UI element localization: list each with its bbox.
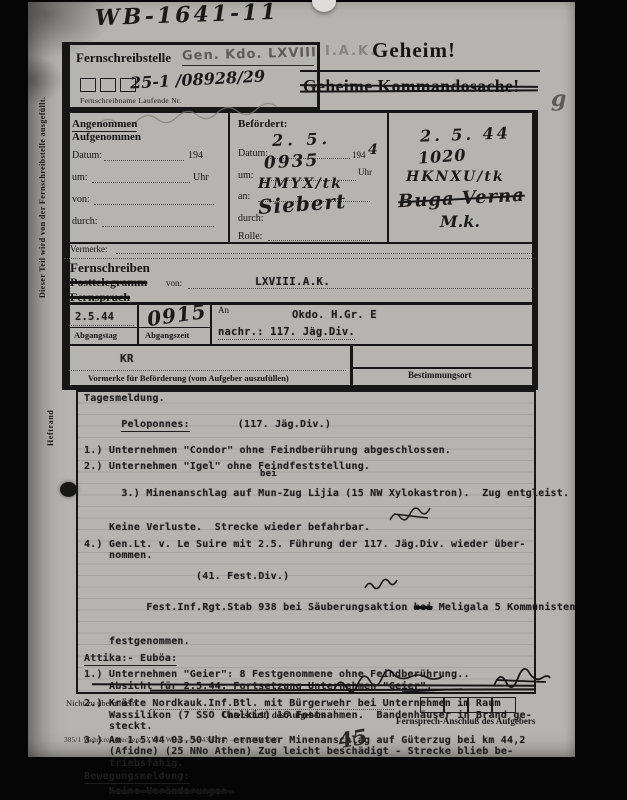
- von-label: von:: [166, 278, 182, 288]
- um-label: um:: [238, 170, 254, 181]
- cell-divider: [137, 303, 139, 345]
- line-segment: 3.) Minenanschlag auf Mun-Zug: [121, 488, 308, 499]
- label-divider: [64, 327, 210, 328]
- angenommen-label: Angenommen: [72, 118, 137, 132]
- bestimmungsort-label: Bestimmungsort: [408, 370, 472, 380]
- sender-unit-typed: LXVIII.A.K.: [255, 275, 330, 288]
- row-divider: [64, 257, 536, 259]
- fernschreiben-option: Fernschreiben: [70, 260, 150, 276]
- checkbox: [492, 697, 516, 713]
- inserted-word: bei: [260, 469, 277, 481]
- message-line: 3.) Minenanschlag auf Mun-Zug Lijia (15 …: [84, 476, 536, 522]
- datum-label: Datum:: [72, 150, 102, 161]
- row-divider: [64, 302, 536, 305]
- column-divider: [387, 112, 389, 243]
- message-line: nommen.: [84, 550, 536, 562]
- scanned-telegram-form: WB-1641-11 Dieser Teil wird von der Fern…: [0, 0, 627, 800]
- von-label: von:: [72, 194, 90, 205]
- message-line: triebsfähig.: [84, 758, 536, 770]
- rolle-label: Rolle:: [238, 231, 262, 242]
- fernschreibstelle-fill-line: [182, 64, 314, 66]
- printer-imprint: 385/1 Wehrkreisdruckerei XVII, Wien — V.…: [64, 736, 279, 744]
- row-divider: [64, 242, 536, 244]
- date-handwritten: 2. 5. 44: [420, 123, 511, 145]
- kr-priority-typed: KR: [120, 352, 134, 365]
- label-divider: [352, 367, 536, 369]
- column-divider: [228, 112, 230, 243]
- an-label: An: [218, 305, 229, 315]
- peloponnes-unit: (117. Jäg.Div.): [238, 419, 331, 430]
- unit-stamp-continuation: I.A.K.: [325, 44, 377, 59]
- field-line: [116, 252, 534, 254]
- abgangszeit-label: Abgangszeit: [145, 330, 189, 340]
- section-heading-row: Peloponnes:(117. Jäg.Div.): [84, 408, 536, 443]
- cell-divider: [210, 303, 212, 345]
- fernschreibname-sublabel: Fernschreibname Laufende Nr.: [80, 96, 182, 105]
- message-line: (41. Fest.Div.): [84, 571, 536, 583]
- message-line: Fest.Inf.Rgt.Stab 938 bei Säuberungsakti…: [84, 590, 536, 636]
- struck-word: bei: [414, 602, 433, 613]
- befoerdert-label: Befördert:: [238, 118, 287, 130]
- handwritten-scribble: [388, 510, 436, 524]
- field-line: [94, 203, 214, 205]
- nachrichtlich-typed: nachr.: 117. Jäg.Div.: [218, 326, 355, 340]
- cell-divider: [350, 345, 353, 387]
- initials-handwritten: M.k.: [440, 212, 480, 231]
- routing-code-handwritten: HKNXU/tk: [406, 169, 505, 185]
- field-line: [102, 225, 214, 227]
- bewegung-heading: Bewegungsmeldung:: [84, 771, 536, 783]
- checkbox: [100, 78, 116, 92]
- line-segment: Lijia (15 NW Xylokastron). Zug entgleist…: [308, 488, 569, 499]
- message-title: Tagesmeldung.: [84, 393, 536, 405]
- uhr-label: Uhr: [193, 172, 209, 183]
- handwritten-correction-scribble: [364, 581, 400, 591]
- field-line: [68, 324, 134, 326]
- time-handwritten: 0935: [264, 151, 320, 174]
- message-line: 2.) Unternehmen "Igel" ohne Feindfestste…: [84, 461, 536, 473]
- date-handwritten: 2. 5.: [272, 129, 332, 150]
- vertical-margin-note: Dieser Teil wird von der Fernschreibstel…: [38, 97, 47, 298]
- heading-text: Attika:- Euböa:: [84, 653, 177, 666]
- left-punch-hole: [60, 482, 77, 497]
- year-prefix: 194: [352, 150, 366, 160]
- posttelegramm-option-struck: Posttelegramm: [70, 275, 147, 290]
- durch-label: durch:: [72, 216, 98, 227]
- year-digit-handwritten: 4: [368, 142, 378, 158]
- field-line: [92, 181, 190, 183]
- checkbox: [420, 697, 444, 713]
- heading-text: Bewegungsmeldung:: [84, 771, 190, 784]
- field-line: [104, 159, 184, 161]
- year-prefix: 194: [188, 150, 203, 161]
- struck-message-line: Keine Veränderungen.: [84, 786, 536, 798]
- signature-scribble: [492, 670, 552, 692]
- nicht-uebermitteln-label: Nicht zu übermitteln: [66, 698, 136, 708]
- message-line: Keine Verluste. Strecke wieder befahrbar…: [84, 522, 536, 534]
- signature-scribble: [332, 676, 480, 696]
- uhr-label: Uhr: [358, 167, 372, 177]
- um-label: um:: [72, 172, 88, 183]
- field-line: [68, 369, 346, 371]
- field-line: [188, 287, 534, 289]
- message-line: festgenommen.: [84, 636, 536, 648]
- abgangstag-value-typed: 2.5.44: [75, 311, 114, 323]
- divider-line: [300, 70, 540, 72]
- abgangstag-label: Abgangstag: [74, 330, 117, 340]
- attika-heading: Attika:- Euböa:: [84, 653, 536, 665]
- line-segment: Meligala 5 Kommunisten: [432, 602, 575, 613]
- pencil-mark: g: [551, 86, 566, 112]
- aufgenommen-label: Aufgenommen: [72, 131, 141, 143]
- heftrand-label: Heftrand: [46, 410, 55, 446]
- recipient-typed: Okdo. H.Gr. E: [292, 309, 377, 321]
- fernsprech-label: Fernsprech-Anschluß des Aufgebers: [396, 716, 535, 726]
- line-segment: Fest.Inf.Rgt.Stab 938 bei Säuberungsakti…: [146, 602, 413, 613]
- checkbox: [80, 78, 96, 92]
- message-line: (Afidne) (25 NNo Athen) Zug leicht besch…: [84, 746, 536, 758]
- peloponnes-heading: Peloponnes:: [121, 419, 189, 432]
- row-divider: [64, 344, 536, 346]
- vermerke-label: Vermerke:: [70, 244, 107, 254]
- fernschreibstelle-label: Fernschreibstelle: [76, 50, 171, 66]
- unterschrift-label: Unterschrift des Aufgebers: [222, 710, 325, 720]
- vormerke-befoerderung-label: Vormerke für Beförderung (vom Aufgeber a…: [88, 373, 289, 383]
- field-line: [268, 239, 370, 241]
- time-handwritten: 1020: [417, 145, 467, 167]
- message-line: 1.) Unternehmen "Condor" ohne Feindberüh…: [84, 445, 536, 457]
- an-label: an:: [238, 191, 250, 202]
- page-number-handwritten: 45: [336, 724, 369, 754]
- checkbox: [444, 697, 468, 713]
- checkbox: [468, 697, 492, 713]
- message-line: 4.) Gen.Lt. v. Le Suire mit 2.5. Führung…: [84, 539, 536, 551]
- geheim-heading: Geheim!: [372, 38, 456, 63]
